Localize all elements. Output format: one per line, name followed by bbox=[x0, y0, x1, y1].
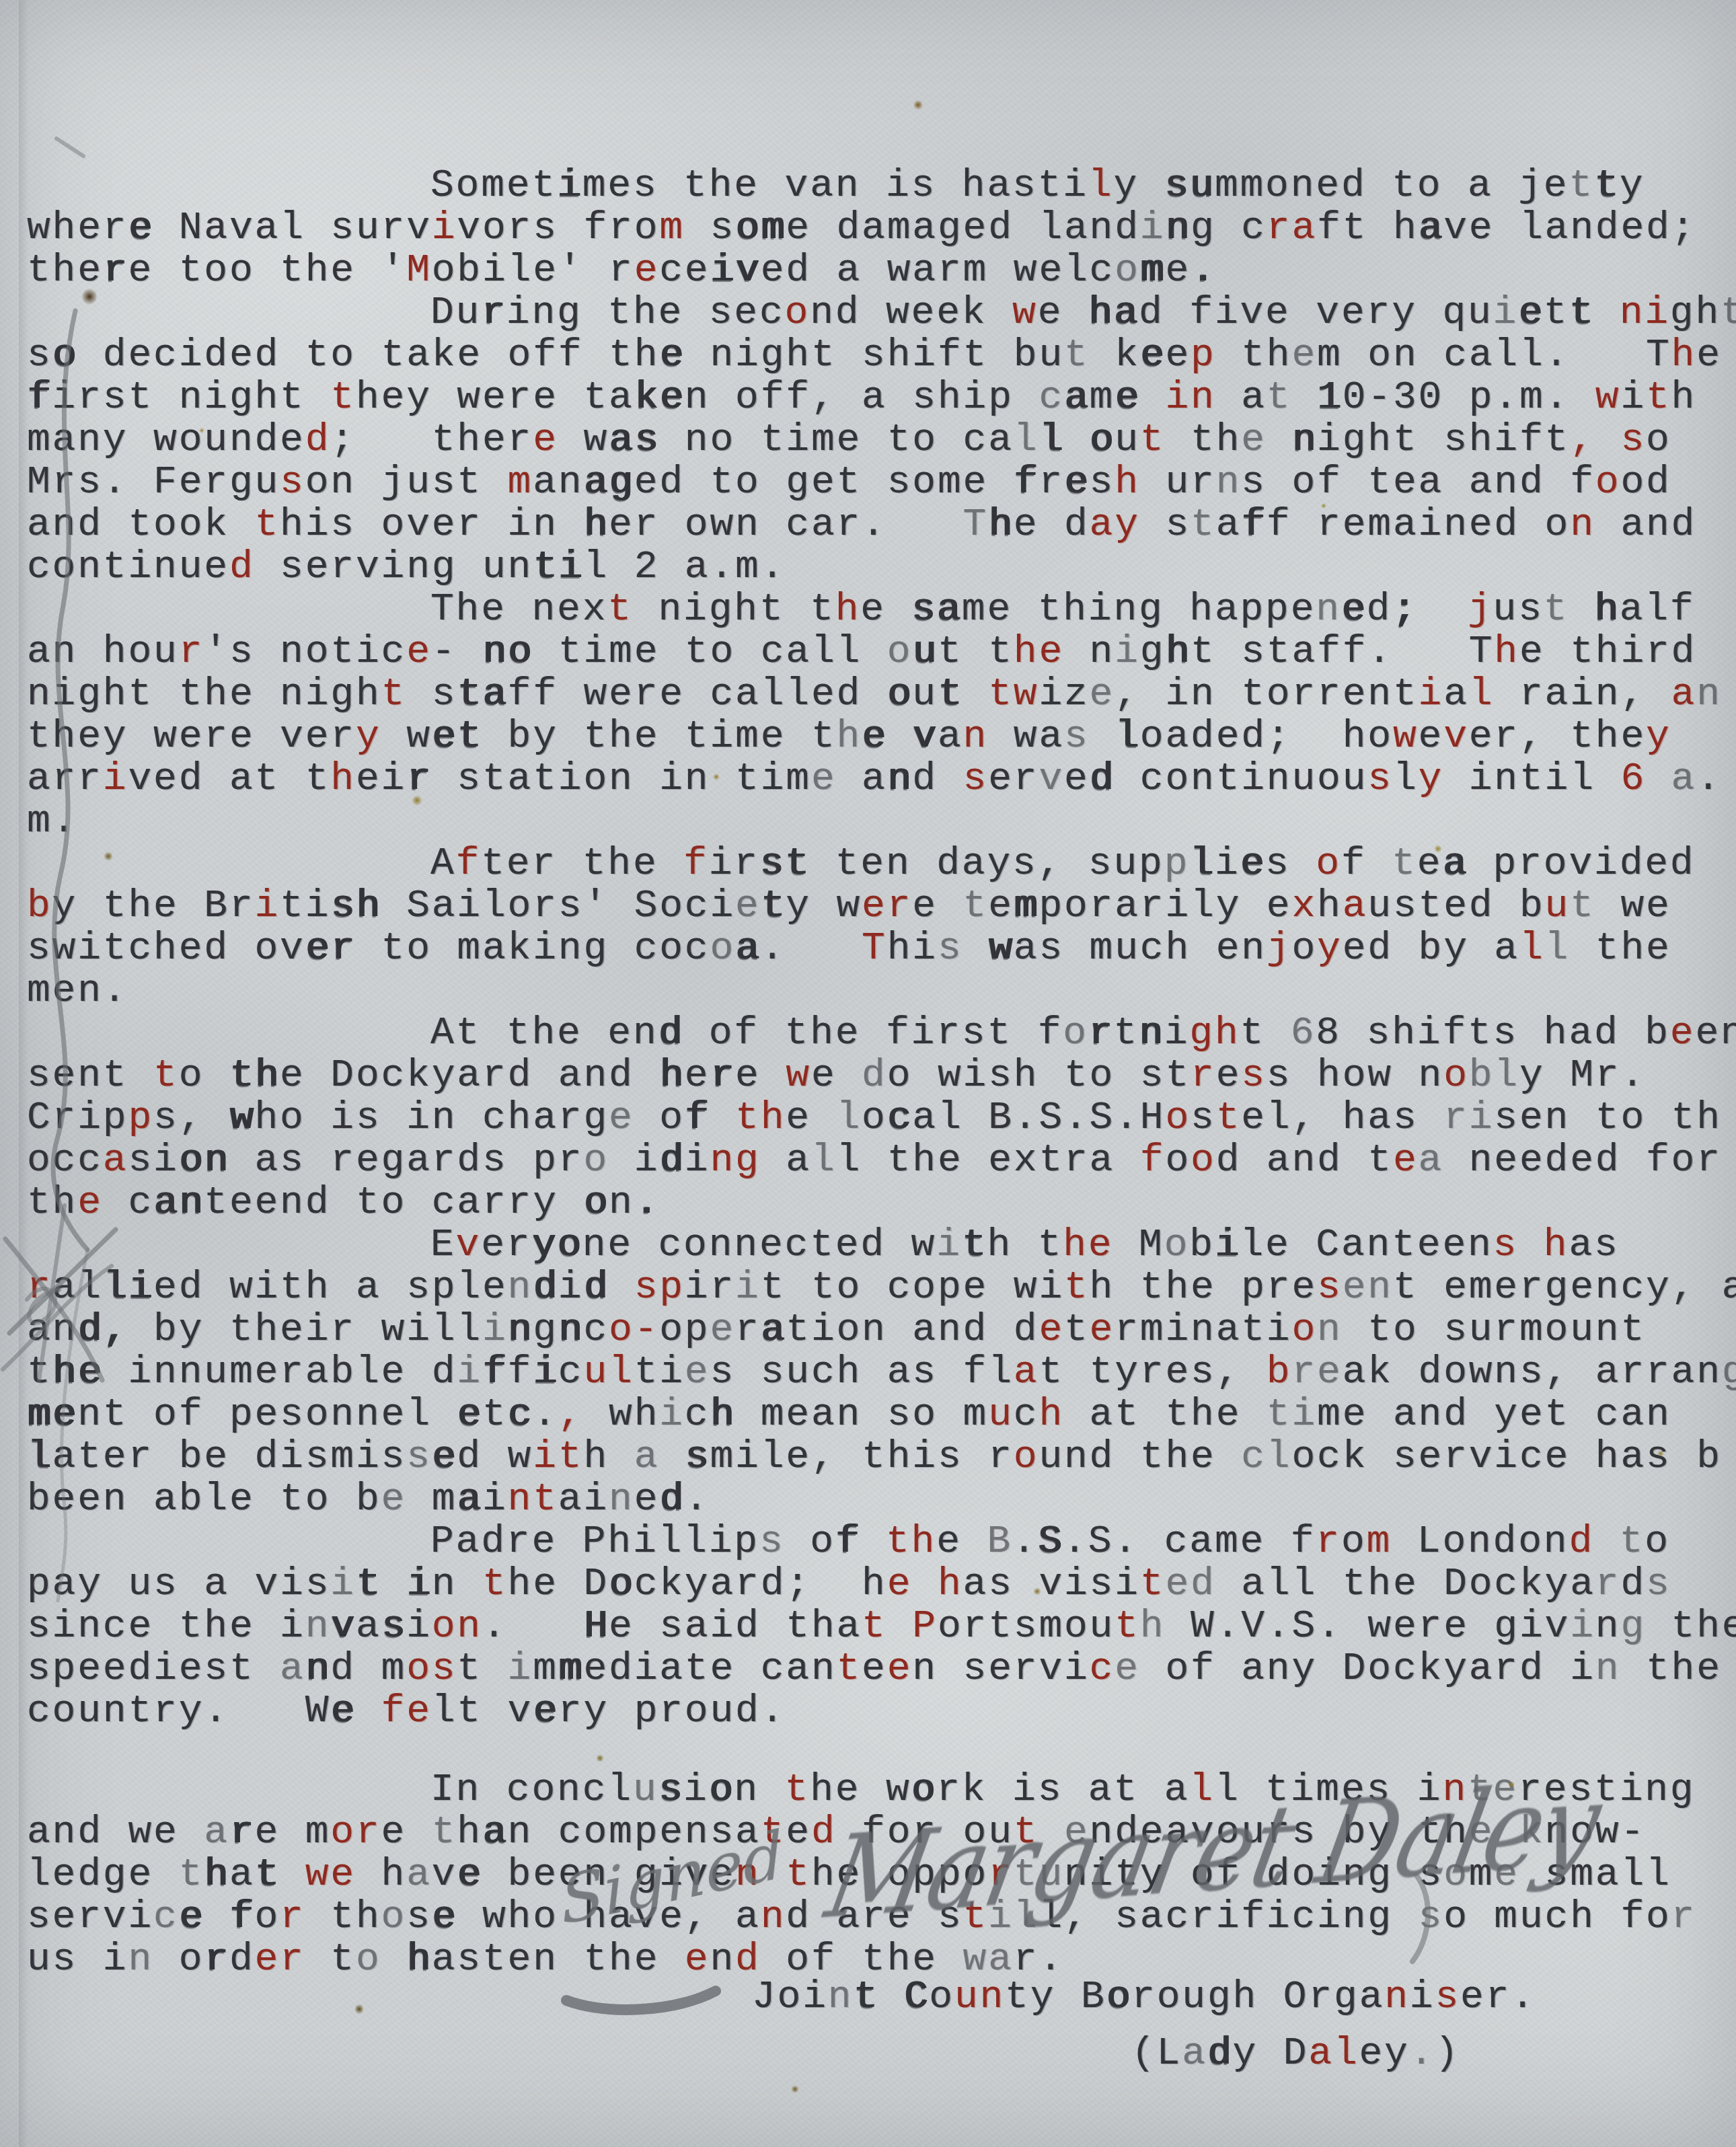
stain-speck bbox=[355, 2003, 363, 2015]
text-line: by the British Sailors' Society were tem… bbox=[27, 885, 1736, 928]
text-line: men. bbox=[27, 970, 1736, 1012]
text-line: and, by their willingnco-operation and d… bbox=[27, 1309, 1736, 1351]
text-line: rallied with a splendid spirit to cope w… bbox=[27, 1267, 1736, 1309]
text-line: there too the 'Mobile' received a warm w… bbox=[27, 250, 1736, 292]
letter-sheet: Sometimes the van is hastily summoned to… bbox=[0, 0, 1736, 2147]
text-line: been able to be maintained. bbox=[27, 1478, 1736, 1521]
text-line: night the night staff were called out tw… bbox=[27, 673, 1736, 716]
text-line: speediest and most immediate canteen ser… bbox=[27, 1648, 1736, 1690]
signature-underline-stroke bbox=[566, 1991, 716, 2010]
typed-title-line: Joint County Borough Organiser. bbox=[752, 1976, 1536, 2019]
text-line: since the invasion. He said that Portsmo… bbox=[27, 1606, 1736, 1648]
text-line: where Naval survivors from some damaged … bbox=[27, 207, 1736, 250]
text-line: sent to the Dockyard and here we do wish… bbox=[27, 1055, 1736, 1097]
text-line: m. bbox=[27, 800, 1736, 843]
text-line: an hour's notice- no time to call out th… bbox=[27, 631, 1736, 673]
text-line: Sometimes the van is hastily summoned to… bbox=[27, 165, 1736, 207]
text-line: they were very wet by the time the van w… bbox=[27, 716, 1736, 758]
text-line: During the second week we had five very … bbox=[27, 292, 1736, 334]
stain-speck bbox=[791, 2085, 799, 2093]
text-line: Everyone connected with the Mobile Cante… bbox=[27, 1224, 1736, 1267]
text-line: Padre Phillips of the B.S.S. came from L… bbox=[27, 1521, 1736, 1563]
text-line: occasion as regards pro iding all the ex… bbox=[27, 1139, 1736, 1182]
text-line: us in order to hasten the end of the war… bbox=[27, 1938, 1736, 1981]
text-line: continued serving until 2 a.m. bbox=[27, 546, 1736, 589]
letter-body: Sometimes the van is hastily summoned to… bbox=[27, 38, 1736, 1981]
text-line: Mrs. Ferguson just managed to get some f… bbox=[27, 461, 1736, 504]
text-line: Cripps, who is in charge of the local B.… bbox=[27, 1097, 1736, 1139]
text-line: arrived at their station in time and ser… bbox=[27, 758, 1736, 800]
text-line: the canteend to carry on. bbox=[27, 1182, 1736, 1224]
text-line: first night they were taken off, a ship … bbox=[27, 377, 1736, 419]
text-line: switched over to making cocoa. This was … bbox=[27, 928, 1736, 970]
text-line: and took this over in her own car. The d… bbox=[27, 504, 1736, 546]
text-line: many wounded; there was no time to call … bbox=[27, 419, 1736, 461]
text-line: later be dismissed with a smile, this ro… bbox=[27, 1436, 1736, 1478]
typed-name-line: (Lady Daley.) bbox=[1131, 2033, 1460, 2075]
text-line: At the end of the first fortnight 68 shi… bbox=[27, 1012, 1736, 1055]
text-line: country. We felt very proud. bbox=[27, 1690, 1736, 1733]
text-line: The next night the same thing happened; … bbox=[27, 589, 1736, 631]
text-line: pay us a visit in the Dockyard; he has v… bbox=[27, 1563, 1736, 1606]
text-line: After the first ten days, supplies of te… bbox=[27, 843, 1736, 885]
text-line: ment of pesonnel etc., which mean so muc… bbox=[27, 1394, 1736, 1436]
text-line: the innumerable difficulties such as fla… bbox=[27, 1351, 1736, 1394]
text-line: so decided to take off the night shift b… bbox=[27, 334, 1736, 377]
